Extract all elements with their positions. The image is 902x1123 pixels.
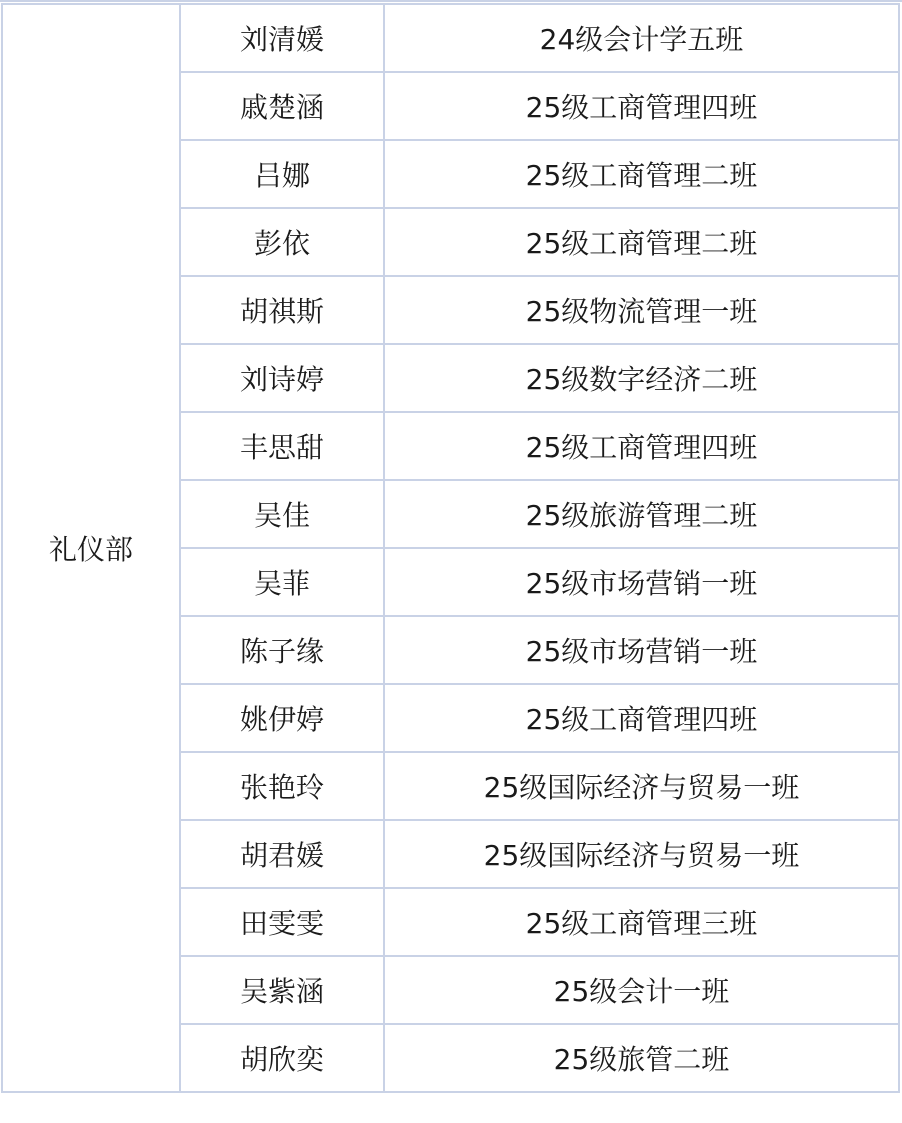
- name-cell: 刘诗婷: [180, 344, 384, 412]
- class-cell: 25级工商管理四班: [384, 684, 899, 752]
- class-cell: 24级会计学五班: [384, 4, 899, 72]
- class-cell: 25级旅管二班: [384, 1024, 899, 1092]
- name-cell: 田雯雯: [180, 888, 384, 956]
- class-cell: 25级国际经济与贸易一班: [384, 752, 899, 820]
- class-cell: 25级市场营销一班: [384, 616, 899, 684]
- class-cell: 25级工商管理三班: [384, 888, 899, 956]
- name-cell: 姚伊婷: [180, 684, 384, 752]
- name-cell: 吴菲: [180, 548, 384, 616]
- class-cell: 25级工商管理四班: [384, 412, 899, 480]
- table-row: 礼仪部 刘清媛 24级会计学五班: [2, 4, 899, 72]
- name-cell: 吕娜: [180, 140, 384, 208]
- class-cell: 25级市场营销一班: [384, 548, 899, 616]
- name-cell: 胡祺斯: [180, 276, 384, 344]
- class-cell: 25级工商管理四班: [384, 72, 899, 140]
- name-cell: 刘清媛: [180, 4, 384, 72]
- name-cell: 胡君媛: [180, 820, 384, 888]
- name-cell: 丰思甜: [180, 412, 384, 480]
- name-cell: 张艳玲: [180, 752, 384, 820]
- name-cell: 戚楚涵: [180, 72, 384, 140]
- class-cell: 25级国际经济与贸易一班: [384, 820, 899, 888]
- class-cell: 25级工商管理二班: [384, 208, 899, 276]
- class-cell: 25级工商管理二班: [384, 140, 899, 208]
- name-cell: 彭依: [180, 208, 384, 276]
- class-cell: 25级数字经济二班: [384, 344, 899, 412]
- class-cell: 25级会计一班: [384, 956, 899, 1024]
- name-cell: 陈子缘: [180, 616, 384, 684]
- class-cell: 25级旅游管理二班: [384, 480, 899, 548]
- name-cell: 吴佳: [180, 480, 384, 548]
- class-cell: 25级物流管理一班: [384, 276, 899, 344]
- member-table: 礼仪部 刘清媛 24级会计学五班 戚楚涵 25级工商管理四班 吕娜 25级工商管…: [1, 3, 900, 1093]
- name-cell: 吴紫涵: [180, 956, 384, 1024]
- department-cell: 礼仪部: [2, 4, 180, 1092]
- name-cell: 胡欣奕: [180, 1024, 384, 1092]
